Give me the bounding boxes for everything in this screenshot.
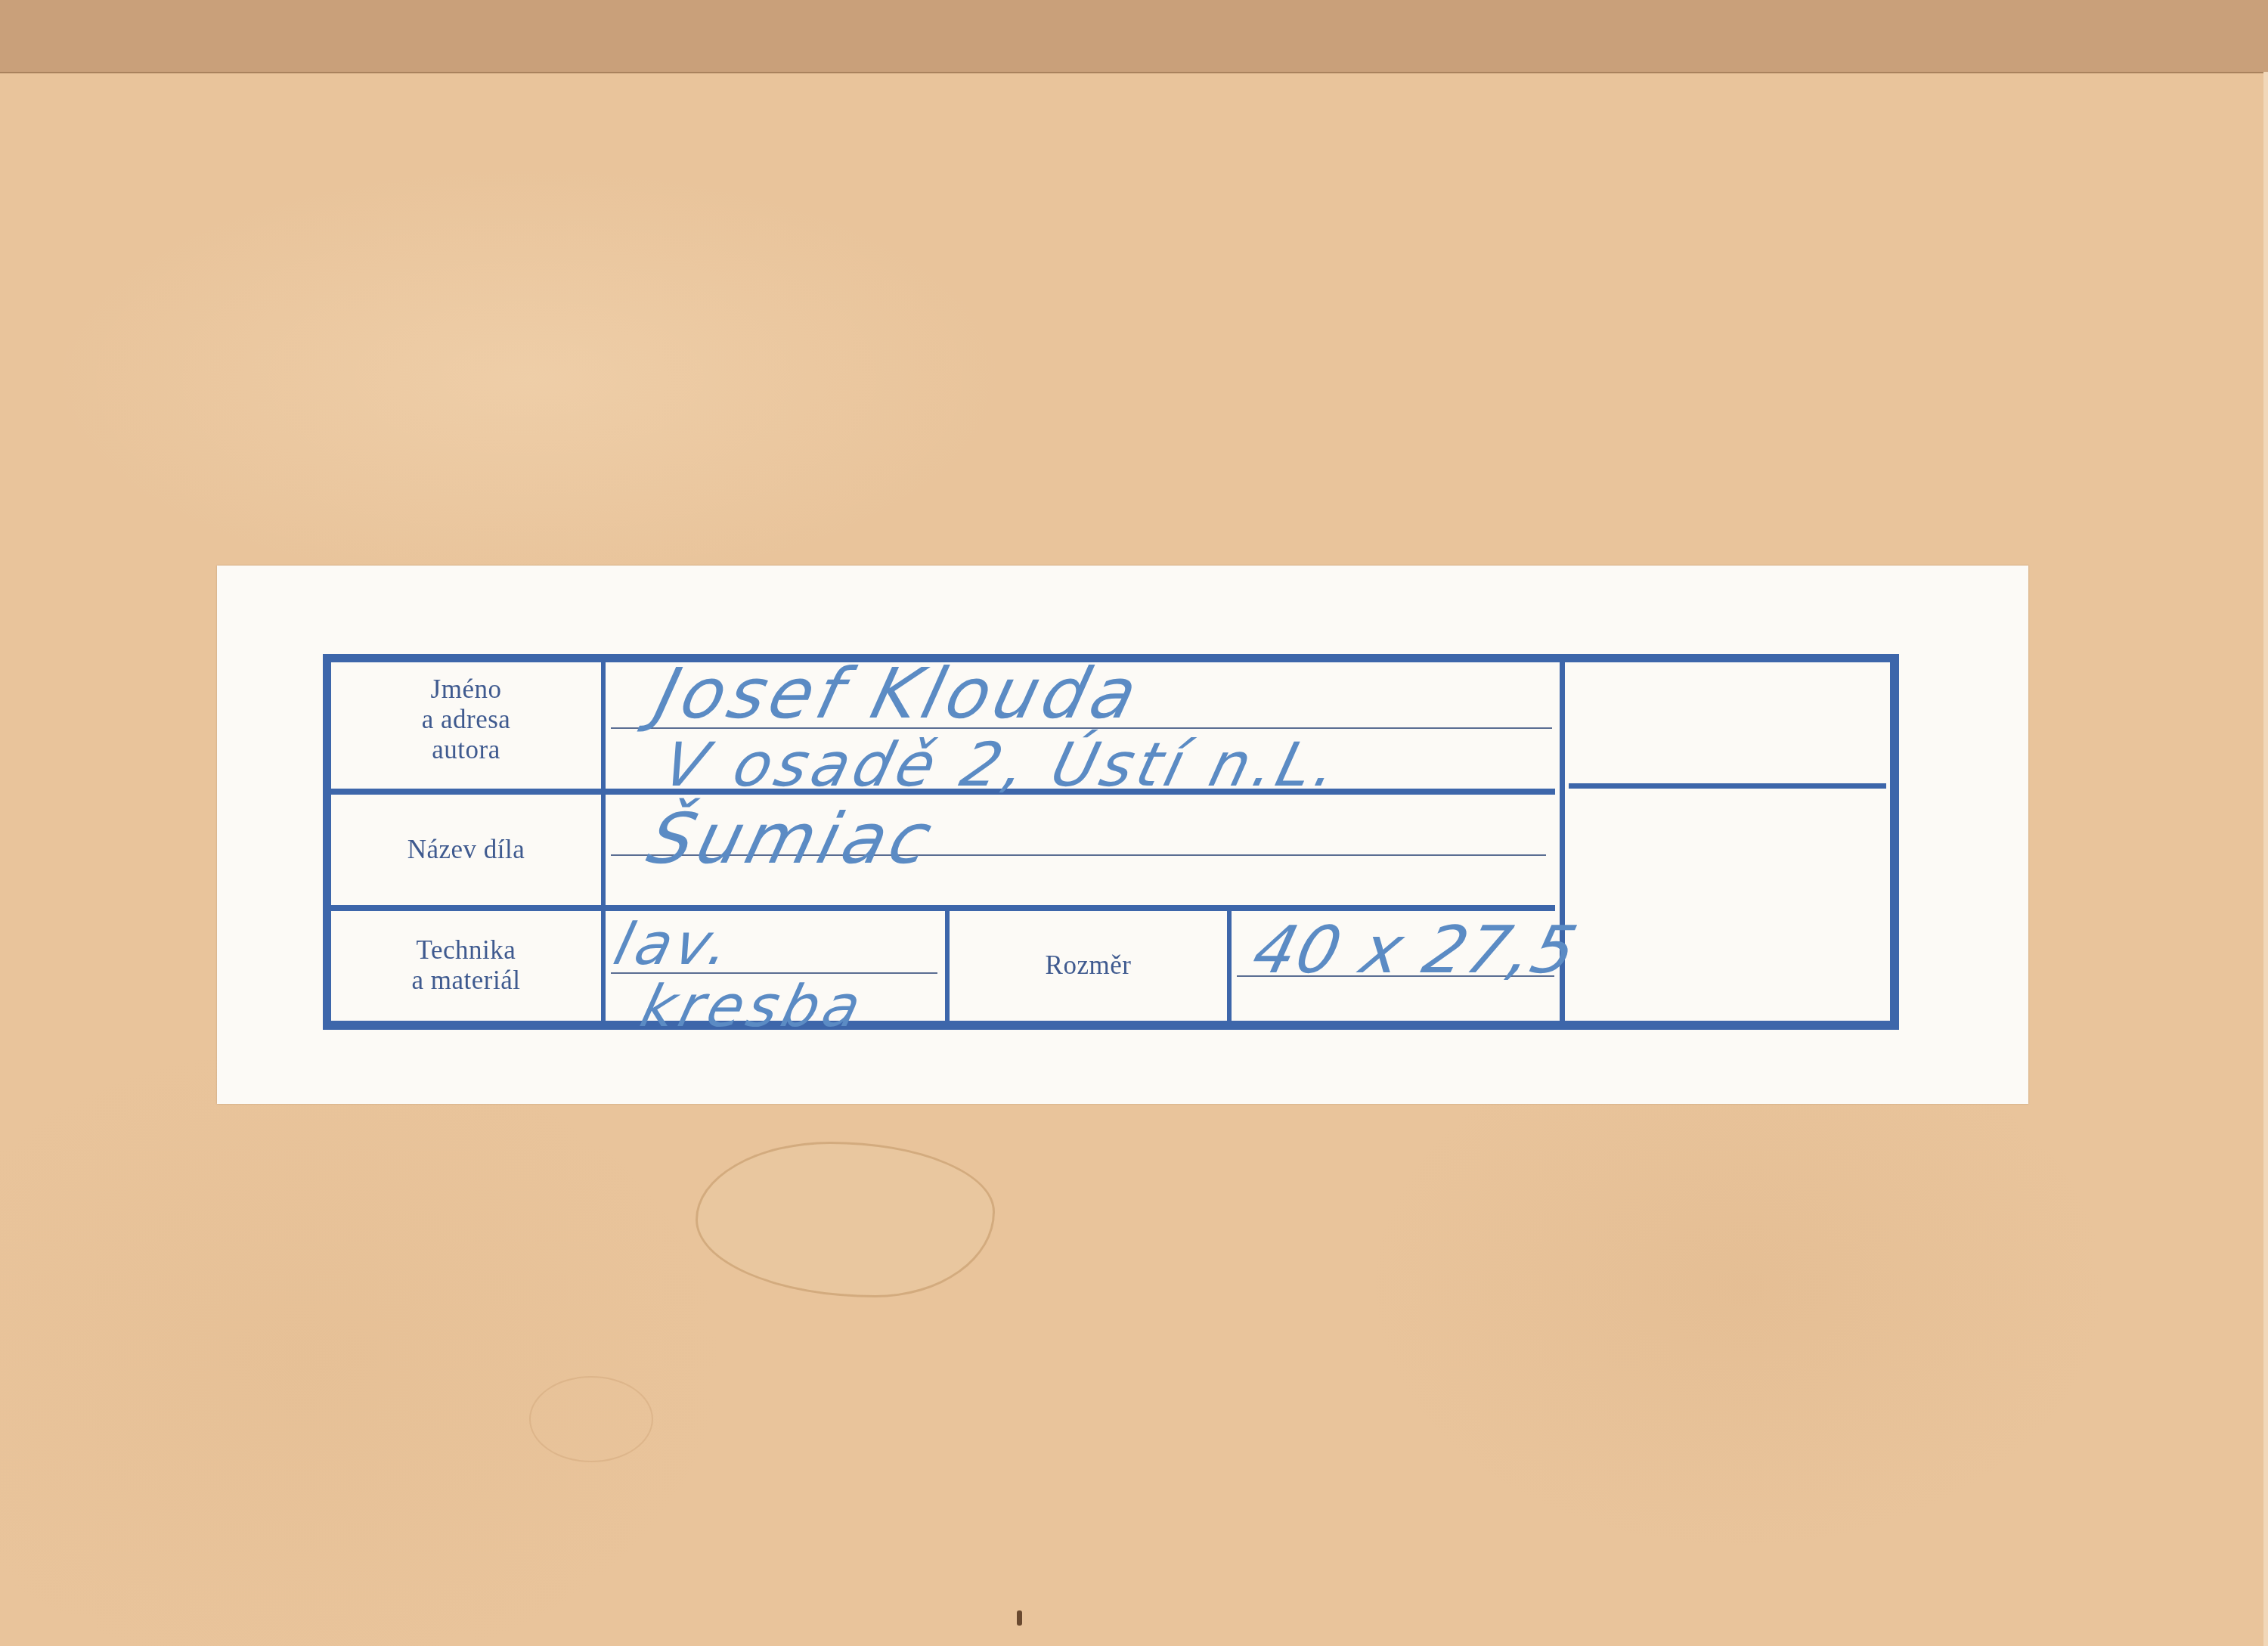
handwritten-technique-line2: kresba — [635, 975, 872, 1037]
handwritten-technique-line1: lav. — [609, 913, 741, 975]
frame-bottom — [323, 1021, 1899, 1030]
frame-left — [323, 654, 331, 1030]
label-line: autora — [331, 735, 601, 765]
speck — [1017, 1610, 1022, 1626]
top-board-strip — [0, 0, 2268, 73]
label-line: Jméno — [331, 674, 601, 705]
handwritten-author-name: Josef Klouda — [649, 656, 1149, 732]
row-divider-2 — [331, 905, 1555, 911]
label-title: Název díla — [331, 835, 601, 865]
paper-edge — [2263, 72, 2268, 1646]
rozmer-right-divider — [1227, 911, 1232, 1021]
label-line: a materiál — [331, 966, 601, 996]
label-column-divider — [601, 662, 606, 1021]
frame-right — [1890, 654, 1899, 1030]
label-technique-material: Technika a materiál — [331, 935, 601, 996]
handwritten-size: 40 x 27,5 — [1246, 915, 1585, 986]
handwritten-title: Šumiac — [641, 801, 943, 877]
handwritten-author-address: V osadě 2, Ústí n.L. — [657, 732, 1348, 798]
label-size: Rozměr — [950, 950, 1227, 981]
faint-stain — [529, 1376, 653, 1462]
label-line: Technika — [331, 935, 601, 966]
label-author-name-address: Jméno a adresa autora — [331, 674, 601, 765]
label-line: a adresa — [331, 705, 601, 735]
right-box-row-divider — [1569, 783, 1886, 789]
